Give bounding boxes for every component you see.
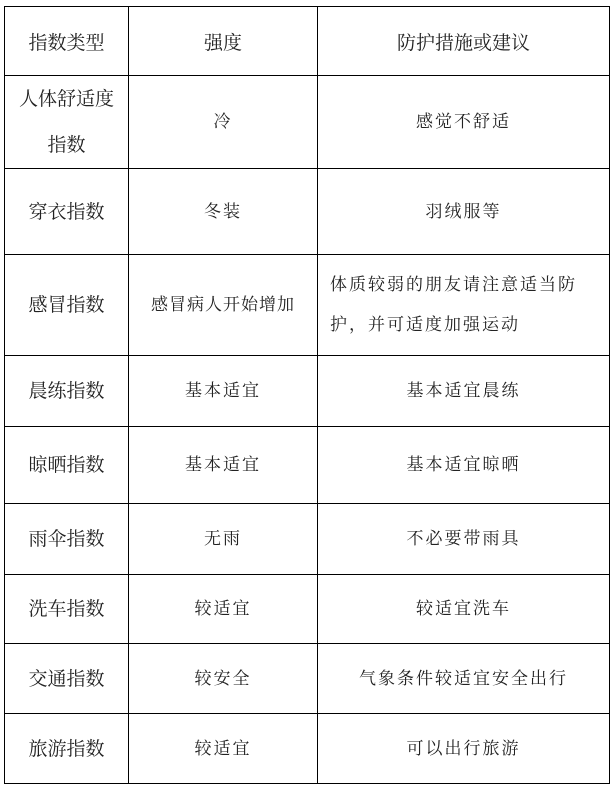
table-row: 晨练指数 基本适宜 基本适宜晨练 [5, 356, 610, 427]
index-type-cell: 晾晒指数 [5, 427, 129, 504]
advice-cell: 羽绒服等 [318, 169, 610, 255]
intensity-cell: 较适宜 [129, 714, 318, 784]
intensity-cell: 基本适宜 [129, 427, 318, 504]
advice-cell: 较适宜洗车 [318, 575, 610, 644]
index-type-cell: 洗车指数 [5, 575, 129, 644]
table-row: 穿衣指数 冬装 羽绒服等 [5, 169, 610, 255]
advice-cell: 可以出行旅游 [318, 714, 610, 784]
table-row: 晾晒指数 基本适宜 基本适宜晾晒 [5, 427, 610, 504]
table-row: 洗车指数 较适宜 较适宜洗车 [5, 575, 610, 644]
intensity-cell: 较适宜 [129, 575, 318, 644]
weather-index-table: 指数类型 强度 防护措施或建议 人体舒适度指数 冷 感觉不舒适 穿衣指数 冬装 … [4, 6, 610, 784]
table-row: 交通指数 较安全 气象条件较适宜安全出行 [5, 644, 610, 714]
table-row: 感冒指数 感冒病人开始增加 体质较弱的朋友请注意适当防护，并可适度加强运动 [5, 255, 610, 356]
intensity-cell: 基本适宜 [129, 356, 318, 427]
intensity-cell: 冬装 [129, 169, 318, 255]
index-type-cell: 晨练指数 [5, 356, 129, 427]
advice-cell: 基本适宜晾晒 [318, 427, 610, 504]
table-row: 雨伞指数 无雨 不必要带雨具 [5, 504, 610, 575]
header-advice: 防护措施或建议 [318, 7, 610, 76]
advice-cell: 基本适宜晨练 [318, 356, 610, 427]
intensity-cell: 无雨 [129, 504, 318, 575]
intensity-cell: 较安全 [129, 644, 318, 714]
advice-cell: 体质较弱的朋友请注意适当防护，并可适度加强运动 [318, 255, 610, 356]
index-type-cell: 人体舒适度指数 [5, 76, 129, 169]
intensity-cell: 冷 [129, 76, 318, 169]
header-intensity: 强度 [129, 7, 318, 76]
index-type-cell: 感冒指数 [5, 255, 129, 356]
advice-cell: 气象条件较适宜安全出行 [318, 644, 610, 714]
index-type-cell: 旅游指数 [5, 714, 129, 784]
advice-cell: 不必要带雨具 [318, 504, 610, 575]
header-index-type: 指数类型 [5, 7, 129, 76]
intensity-cell: 感冒病人开始增加 [129, 255, 318, 356]
index-type-cell: 穿衣指数 [5, 169, 129, 255]
header-row: 指数类型 强度 防护措施或建议 [5, 7, 610, 76]
advice-cell: 感觉不舒适 [318, 76, 610, 169]
index-type-cell: 交通指数 [5, 644, 129, 714]
table-row: 旅游指数 较适宜 可以出行旅游 [5, 714, 610, 784]
index-type-cell: 雨伞指数 [5, 504, 129, 575]
table-row: 人体舒适度指数 冷 感觉不舒适 [5, 76, 610, 169]
